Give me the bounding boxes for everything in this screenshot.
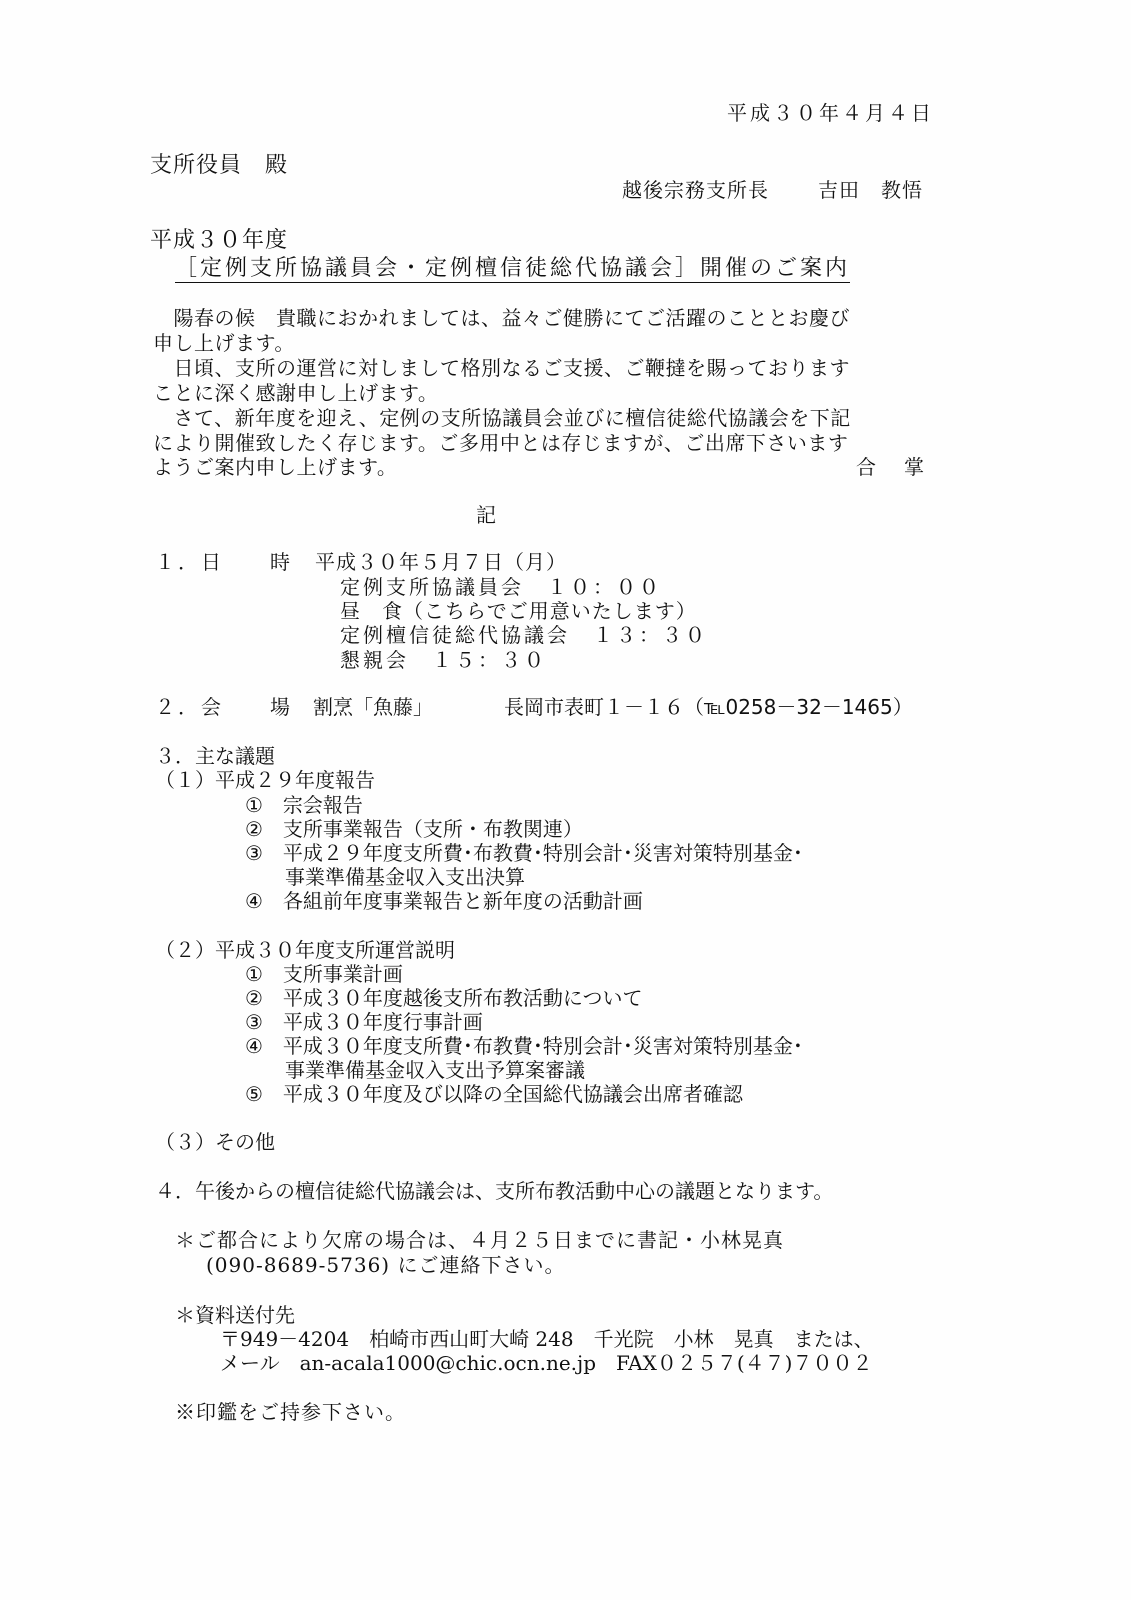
materials-contact: メール an-acala1000@chic.ocn.ne.jp FAX０２５７(… <box>220 1353 872 1373</box>
venue-label: ２．会 場 <box>155 697 293 717</box>
document-date: 平成３０年４月４日 <box>727 103 934 123</box>
meeting-date: 平成３０年５月７日（月） <box>315 552 567 572</box>
body-line: ことに深く感謝申し上げます。 <box>153 383 438 403</box>
agenda-item: ② 平成３０年度越後支所布教活動について <box>245 988 643 1008</box>
body-line: ようご案内申し上げます。 <box>153 457 397 477</box>
agenda-item: ⑤ 平成３０年度及び以降の全国総代協議会出席者確認 <box>245 1084 743 1104</box>
sender-name: 吉田 教悟 <box>818 180 923 200</box>
materials-heading: ＊資料送付先 <box>175 1305 295 1325</box>
body-line: 日頃、支所の運営に対しまして格別なるご支援、ご鞭撻を賜っております <box>153 358 850 378</box>
absence-note: ＊ご都合により欠席の場合は、４月２５日までに書記・小林晃真 <box>175 1230 784 1250</box>
datetime-label: １．日 時 <box>155 552 293 572</box>
document-title: ［定例支所協議員会・定例檀信徒総代協議会］開催のご案内 <box>175 258 850 283</box>
addressee: 支所役員 殿 <box>150 155 288 177</box>
agenda-section-heading: （１）平成２９年度報告 <box>155 770 375 790</box>
agenda-item: ④ 平成３０年度支所費･布教費･特別会計･災害対策特別基金･ <box>245 1036 803 1056</box>
body-line: 陽春の候 貴職におかれましては、益々ご健勝にてご活躍のこととお慶び <box>153 308 850 328</box>
agenda-item: 事業準備基金収入支出予算案審議 <box>245 1060 585 1080</box>
body-line: さて、新年度を迎え、定例の支所協議員会並びに檀信徒総代協議会を下記 <box>153 408 851 428</box>
sender-title: 越後宗務支所長 <box>622 180 769 200</box>
agenda-label: ３．主な議題 <box>155 746 275 766</box>
closing-gassho: 合 掌 <box>856 457 928 477</box>
document-page: 平成３０年４月４日 支所役員 殿 越後宗務支所長 吉田 教悟 平成３０年度 ［定… <box>0 0 1131 1600</box>
agenda-item: ③ 平成３０年度行事計画 <box>245 1012 483 1032</box>
materials-address: 〒949－4204 柏崎市西山町大崎 248 千光院 小林 晃真 または、 <box>220 1329 874 1349</box>
absence-contact: (090-8689-5736) にご連絡下さい。 <box>185 1255 565 1275</box>
body-line: 申し上げます。 <box>153 333 295 353</box>
venue-name: 割烹「魚藤」 <box>313 697 433 717</box>
agenda-item: ④ 各組前年度事業報告と新年度の活動計画 <box>245 891 643 911</box>
schedule-item: 懇親会 １５：３０ <box>340 650 547 670</box>
agenda-item: ① 宗会報告 <box>245 795 363 815</box>
schedule-item: 定例檀信徒総代協議会 １３：３０ <box>340 625 708 645</box>
schedule-item: 定例支所協議員会 １０：００ <box>340 577 662 597</box>
afternoon-note: ４．午後からの檀信徒総代協議会は、支所布教活動中心の議題となります。 <box>155 1181 833 1201</box>
agenda-item: ② 支所事業報告（支所・布教関連） <box>245 819 583 839</box>
agenda-item: ① 支所事業計画 <box>245 964 403 984</box>
agenda-item: 事業準備基金収入支出決算 <box>245 867 525 887</box>
agenda-section-heading: （２）平成３０年度支所運営説明 <box>155 940 455 960</box>
agenda-section-heading: （３）その他 <box>155 1132 275 1152</box>
schedule-item: 昼 食（こちらでご用意いたします） <box>340 601 697 621</box>
ki-mark: 記 <box>476 505 496 525</box>
title-year: 平成３０年度 <box>150 230 288 252</box>
seal-note: ※印鑑をご持参下さい。 <box>175 1402 406 1422</box>
body-line: により開催致したく存じます。ご多用中とは存じますが、ご出席下さいます <box>153 433 848 453</box>
venue-address: 長岡市表町１－１６（℡0258－32－1465） <box>504 697 913 717</box>
agenda-item: ③ 平成２９年度支所費･布教費･特別会計･災害対策特別基金･ <box>245 843 803 863</box>
